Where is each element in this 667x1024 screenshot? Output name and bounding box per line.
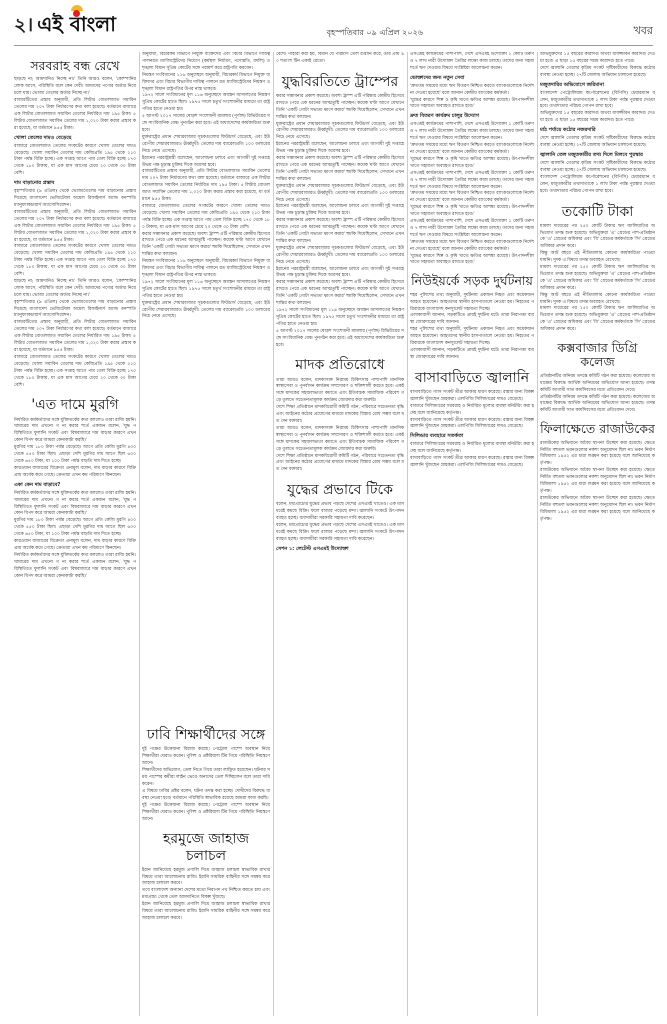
column-5: অভিযুক্তদের ১৫ বছরের কারাদণ্ড অথবা যাবজ্… — [540, 52, 655, 1016]
section-label: খবর — [634, 22, 653, 41]
article-students: ঢাবি শিক্ষার্থীদের সঙ্গে দুই পক্ষের উত্ত… — [142, 727, 270, 823]
article-drugs: মাদক প্রতিরোধে তারা আরও বলেন, মাদকাসক্ত … — [276, 357, 404, 474]
article-ceasefire: যুদ্ধবিরতিতে ট্রাম্পের করার সম্ভাবনার প্… — [276, 74, 404, 308]
article-hormuz: হরমুজে জাহাজ চলাচল ইরান জানিয়েছে হরমুজ … — [142, 831, 270, 922]
subheading: একা কেন দাম বাড়াবে? — [14, 482, 136, 490]
headline: হরমুজে জাহাজ চলাচল — [142, 831, 270, 863]
headline: 'এত দামে মুরগি — [14, 397, 136, 413]
article-chicken: 'এত দামে মুরগি নির্ধারিত কর্মকর্তাদের সঙ… — [14, 397, 136, 580]
subheading: দাম বাড়ানোর প্রস্তাব — [14, 180, 136, 188]
article-crore-taka: তকোটি টাকা মামলা দায়েরের পর ২৫০ কোটি টা… — [540, 204, 655, 335]
article-new-york: নিউইয়র্কে সড়ক দুর্ঘটনায় শহর পুলিশের ত… — [410, 274, 534, 361]
headline: সরবরাহ বন্ধ রেখে — [14, 59, 136, 73]
article-filmcity: ফিলাক্ষেতে রাজাউকের রাজউকের অভিযানে অবৈধ… — [540, 422, 655, 523]
headline: বাসাবাড়িতে জ্বালানি — [410, 370, 534, 386]
column-divider — [407, 52, 408, 1016]
subheading: মাঠ পর্যায়ে কঠোর নজরদারি — [540, 127, 655, 135]
headline: নিউইয়র্কে সড়ক দুর্ঘটনায় — [410, 274, 534, 288]
headline: যুদ্ধবিরতিতে ট্রাম্পের — [276, 74, 404, 90]
headline: ফিলাক্ষেতে রাজাউকের — [540, 422, 655, 436]
subheading: খোলা তেলের দামও বেড়েছে — [14, 135, 136, 143]
headline: মাদক প্রতিরোধে — [276, 357, 404, 373]
subheading: মজুতদারির অভিযোগে জরিমানা — [540, 82, 655, 90]
subheading: দ্রুত বিতরণ কার্যক্রম চালুর উদ্যোগ — [410, 113, 534, 121]
column-1: সরবরাহ বন্ধ রেখে ছাড়ছে না; আমদানিও নিচ্… — [14, 52, 136, 1016]
headline: তকোটি টাকা — [540, 204, 655, 220]
column-2: অনুযায়ী, বিচারকর্ম বিভাগে নিযুক্ত ব্যক্… — [142, 52, 270, 1016]
column-divider — [139, 52, 140, 1016]
article-coxs-bazar: কক্সবাজার ডিগ্রি কলেজ প্রতিষ্ঠানটির অনিয… — [540, 341, 655, 415]
column-divider — [537, 52, 538, 1016]
subheading: জ্বালানি তেল মজুতকারীর তথ্য দিলে মিলবে প… — [540, 152, 655, 160]
subheading: সেশন ১: লেটেস্ট এসএমই উদ্যোক্তা — [276, 546, 404, 554]
headline: ঢাবি শিক্ষার্থীদের সঙ্গে — [142, 727, 270, 743]
article-gas: বাসাবাড়িতে জ্বালানি বাসাবাড়িতে গ্যাস স… — [410, 370, 534, 470]
article-supply: সরবরাহ বন্ধ রেখে ছাড়ছে না; আমদানিও নিচ্… — [14, 59, 136, 389]
issue-date: বৃহস্পতিবার ০৯ এপ্রিল ২০২৬ — [327, 27, 423, 40]
page-number: ২। — [14, 11, 33, 43]
headline: কক্সবাজার ডিগ্রি কলেজ — [540, 341, 655, 370]
headline: যুদ্ধের প্রভাবে টিকে — [276, 482, 404, 498]
subheading: ভোক্তাদের জন্য নতুন সেবা — [410, 75, 534, 83]
column-3: বেশে। পাহারা করা হয়, বিমান যে পরিমাণ তে… — [276, 52, 404, 1016]
masthead-brand: ২। এই বাংলা — [14, 10, 116, 43]
article-columns: সরবরাহ বন্ধ রেখে ছাড়ছে না; আমদানিও নিচ্… — [14, 52, 655, 1016]
masthead: ২। এই বাংলা বৃহস্পতিবার ০৯ এপ্রিল ২০২৬ খ… — [14, 20, 653, 46]
article-war-effect: যুদ্ধের প্রভাবে টিকে বলেন, মধ্যপ্রাচ্যের… — [276, 482, 404, 554]
column-4: এসএমই কার্যক্রমের পাশাপাশি, দেশে এসএমই উ… — [410, 52, 534, 1016]
subheading: সিলিন্ডার ব্যবহারে সতর্কতা — [410, 433, 534, 441]
column-divider — [273, 52, 274, 1016]
newspaper-logo: এই বাংলা — [37, 10, 116, 43]
